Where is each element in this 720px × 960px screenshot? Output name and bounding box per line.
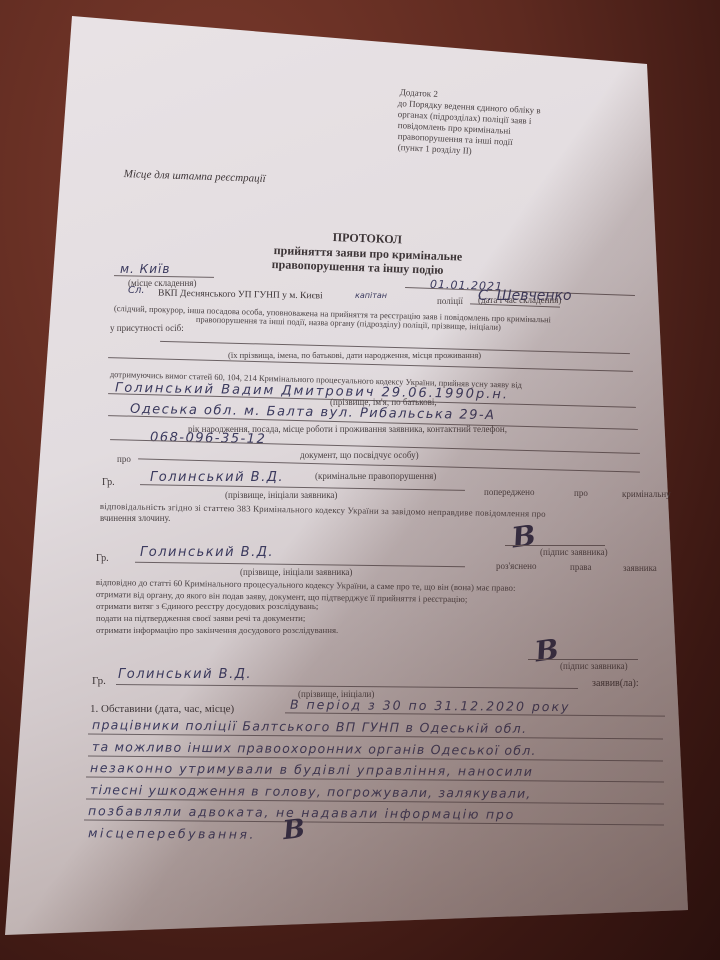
- rights-caption: (прізвище, ініціали заявника): [240, 568, 352, 578]
- rights-name-handwritten: Голинський В.Д.: [140, 545, 274, 560]
- applicant-phone-handwritten: 068-096-35-12: [150, 430, 267, 447]
- applicant-signature-2: В: [533, 633, 561, 669]
- official-rank-handwritten: капітан: [355, 291, 387, 300]
- warning-word-2: про: [574, 489, 588, 499]
- rights-word-2: права: [570, 563, 591, 573]
- official-unit: ВКП Деснянського УП ГУНП у м. Києві: [158, 289, 323, 302]
- rights-line: подати на підтвердження своєї заяви речі…: [96, 614, 305, 624]
- warning-prefix: Гр.: [102, 477, 115, 488]
- appendix-line: (пункт 1 розділу II): [397, 143, 471, 157]
- rights-line: отримати інформацію про закінчення досуд…: [96, 626, 338, 636]
- rights-word-3: заявника: [623, 564, 657, 574]
- applicant-caption-3: документ, що посвідчує особу): [300, 451, 419, 461]
- official-police-label: поліції: [437, 297, 463, 307]
- warning-signature-caption: (підпис заявника): [540, 548, 608, 558]
- applicant-signature-3: В: [281, 814, 306, 846]
- applicant-signature-1: В: [510, 519, 538, 555]
- rights-prefix: Гр.: [96, 553, 109, 564]
- presence-caption: (їх прізвища, імена, по батькові, дати н…: [228, 351, 481, 360]
- warning-text-2: вчинення злочину.: [100, 514, 170, 524]
- signature-line-2: [528, 659, 638, 660]
- statement-suffix: заявив(ла):: [592, 678, 639, 689]
- title-heading: ПРОТОКОЛ: [333, 231, 403, 247]
- warning-caption: (прізвище, ініціали заявника): [225, 491, 337, 501]
- rights-line: отримати витяг з Єдиного реєстру досудов…: [96, 602, 318, 612]
- official-name-handwritten: С. Шевченко: [478, 288, 572, 304]
- rights-signature-caption: (підпис заявника): [560, 662, 628, 672]
- statement-line: В період з 30 по 31.12.2020 року: [290, 697, 571, 714]
- document-content: Додаток 2 до Порядку ведення єдиного обл…: [0, 0, 720, 960]
- statement-prefix: Гр.: [92, 675, 106, 687]
- stamp-place-label: Місце для штампа реєстрації: [124, 168, 266, 185]
- about-caption: (кримінальне правопорушення): [315, 472, 436, 482]
- warning-name-handwritten: Голинський В.Д.: [150, 470, 284, 485]
- statement-line: працівники поліції Балтського ВП ГУНП в …: [92, 717, 527, 736]
- statement-name-handwritten: Голинський В.Д.: [118, 667, 252, 682]
- warning-word-3: кримінальну: [622, 490, 671, 500]
- statement-line: та можливо інших правоохоронних органів …: [92, 739, 537, 758]
- presence-label: у присутності осіб:: [110, 324, 184, 334]
- warning-word-1: попереджено: [484, 488, 535, 498]
- about-label: про: [117, 455, 131, 465]
- statement-line: місцеперебування.: [88, 825, 256, 841]
- rights-word-1: роз'яснено: [496, 562, 536, 572]
- official-prefix-handwritten: Сл.: [128, 285, 145, 296]
- circumstances-label: 1. Обставини (дата, час, місце): [90, 703, 234, 715]
- signature-line-1: [505, 545, 605, 546]
- place-handwritten: м. Київ: [120, 262, 170, 276]
